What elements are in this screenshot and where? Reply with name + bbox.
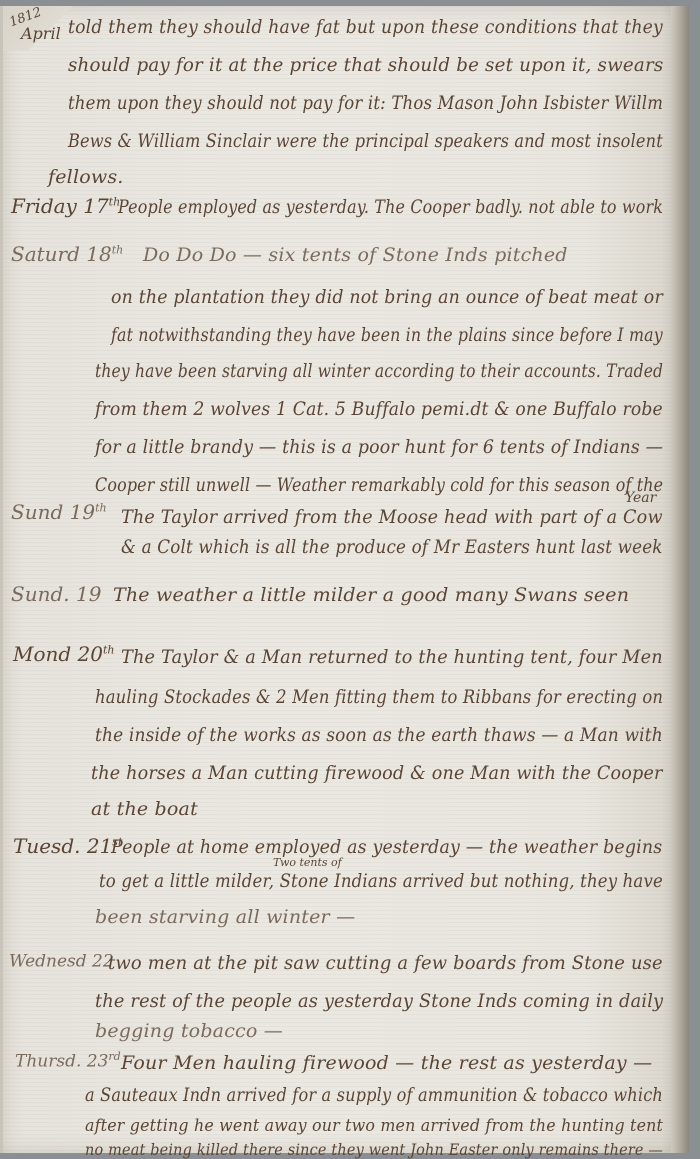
entry-date: Mond 20th [13,642,115,666]
entry-line: after getting he went away our two men a… [85,1116,663,1136]
journal-page: 1812 April told them they should have fa… [0,6,689,1153]
continuation-line: Bews & William Sinclair were the princip… [68,130,663,152]
entry-line: to get a little milder, Stone Indians ar… [99,870,663,892]
entry-line: been starving all winter — [95,906,355,928]
entry-line: they have been starving all winter accor… [95,360,663,382]
continuation-line: fellows. [48,166,124,188]
entry-date: Thursd. 23rd [15,1050,121,1072]
entry-line: People employed as yesterday. The Cooper… [118,196,663,218]
entry-line: & a Colt which is all the produce of Mr … [121,536,663,558]
book-gutter [671,6,689,1153]
interlinear-insertion: Two tents of [273,856,342,869]
entry-line: from them 2 wolves 1 Cat. 5 Buffalo pemi… [95,398,663,420]
continuation-line: them upon they should not pay for it: Th… [68,92,663,114]
entry-line: hauling Stockades & 2 Men fitting them t… [95,686,663,708]
entry-line: at the boat [91,798,198,820]
entry-date: Sund. 19 [11,582,101,606]
entry-date: Friday 17th [11,194,120,218]
entry-date: Saturd 18th [11,242,123,266]
entry-line: the horses a Man cutting firewood & one … [91,762,663,784]
entry-line: The Taylor & a Man returned to the hunti… [121,646,663,668]
margin-note: Year [625,490,656,506]
entry-line: no meat being killed there since they we… [85,1140,663,1159]
entry-line: on the plantation they did not bring an … [111,286,663,308]
entry-line: the rest of the people as yesterday Ston… [95,990,663,1012]
entry-line: Cooper still unwell — Weather remarkably… [95,474,663,496]
entry-line: a Sauteaux Indn arrived for a supply of … [85,1084,663,1106]
entry-line: The Taylor arrived from the Moose head w… [121,506,663,528]
continuation-line: told them they should have fat but upon … [68,16,663,38]
entry-date: Tuesd. 21st [13,834,122,858]
entry-line: for a little brandy — this is a poor hun… [95,436,663,458]
month-heading: April [21,24,61,43]
entry-line: fat notwithstanding they have been in th… [111,324,663,346]
entry-line: People at home employed as yesterday — t… [111,836,662,858]
entry-line: begging tobacco — [95,1020,283,1042]
entry-line: two men at the pit saw cutting a few boa… [108,952,663,974]
entry-line: the inside of the works as soon as the e… [95,724,663,746]
entry-line: Four Men hauling firewood — the rest as … [121,1052,652,1074]
continuation-line: should pay for it at the price that shou… [68,54,663,76]
entry-line: The weather a little milder a good many … [113,584,629,606]
entry-date: Sund 19th [11,500,107,524]
entry-date: Wednesd 22 [9,950,114,972]
entry-line: Do Do Do — six tents of Stone Inds pitch… [143,244,568,266]
